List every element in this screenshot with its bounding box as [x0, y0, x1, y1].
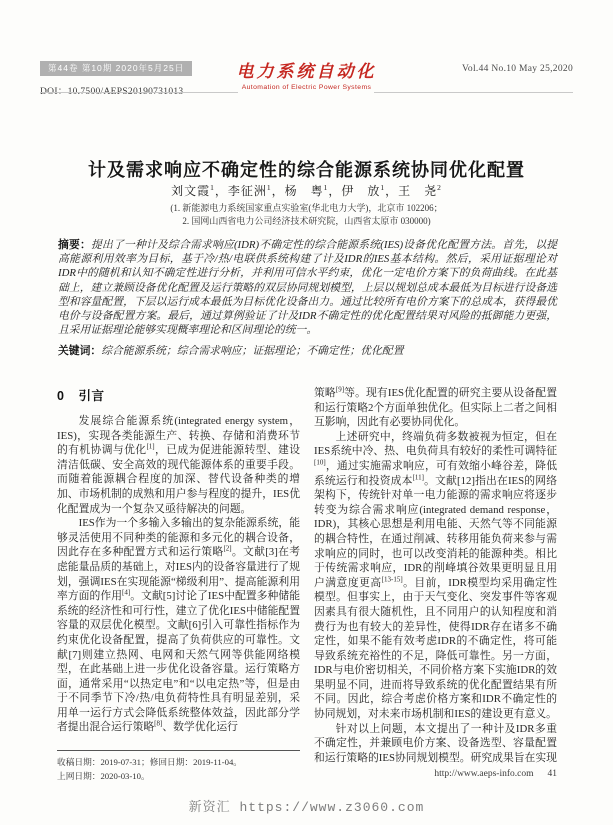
authors-line: 刘文霞1，李征洲1，杨 粤1，伊 放1，王 尧2: [0, 182, 613, 199]
section-number: 0: [57, 389, 64, 403]
left-column: 0引言 发展综合能源系统(integrated energy system，IE…: [57, 386, 300, 735]
right-column-paragraphs: 策略[9]等。现有IES优化配置的研究主要从设备配置和运行策略2个方面单独优化。…: [314, 386, 557, 765]
keywords-line: 关键词：综合能源系统；综合需求响应；证据理论；不确定性；优化配置: [58, 344, 557, 358]
page-footer: http://www.aeps-info.com41: [314, 769, 557, 779]
header-rule-left: [40, 92, 238, 93]
paper-title: 计及需求响应不确定性的综合能源系统协同优化配置: [0, 156, 613, 182]
affiliation-2: 2. 国网山西省电力公司经济技术研究院，山西省太原市 030000): [0, 214, 613, 227]
keywords-text: 综合能源系统；综合需求响应；证据理论；不确定性；优化配置: [101, 345, 403, 357]
footnote-dates: 收稿日期：2019-07-31；修回日期：2019-11-04。: [57, 756, 300, 770]
body-paragraph: 策略[9]等。现有IES优化配置的研究主要从设备配置和运行策略2个方面单独优化。…: [314, 386, 557, 430]
body-paragraph: IES作为一个多输入多输出的复杂能源系统，能够灵活使用不同种类的能源和多元化的耦…: [57, 516, 300, 735]
abstract-block: 摘要：提出了一种计及综合需求响应(IDR)不确定性的综合能源系统(IES)设备优…: [58, 238, 557, 359]
footnote: 收稿日期：2019-07-31；修回日期：2019-11-04。 上网日期：20…: [57, 750, 300, 783]
watermark-text: 新资汇 https://www.z3060.com: [0, 796, 613, 815]
body-paragraph: 上述研究中，终端负荷多数被视为恒定，但在IES系统中冷、热、电负荷具有较好的柔性…: [314, 430, 557, 722]
left-column-paragraphs: 发展综合能源系统(integrated energy system，IES)，实…: [57, 414, 300, 735]
footnote-rule: [57, 750, 300, 751]
section-heading: 0引言: [57, 386, 300, 404]
keywords-label: 关键词：: [58, 345, 101, 357]
right-column: 策略[9]等。现有IES优化配置的研究主要从设备配置和运行策略2个方面单独优化。…: [314, 386, 557, 765]
journal-logo: 电力系统自动化 Automation of Electric Power Sys…: [0, 57, 613, 91]
body-paragraph: 发展综合能源系统(integrated energy system，IES)，实…: [57, 414, 300, 516]
journal-name-en: Automation of Electric Power Systems: [0, 84, 613, 91]
journal-url: http://www.aeps-info.com: [434, 769, 533, 779]
abstract-text: 提出了一种计及综合需求响应(IDR)不确定性的综合能源系统(IES)设备优化配置…: [58, 239, 557, 336]
footnote-online-date: 上网日期：2020-03-10。: [57, 770, 300, 784]
section-title: 引言: [78, 389, 104, 403]
abstract-label: 摘要：: [58, 239, 91, 251]
volume-info: Vol.44 No.10 May 25,2020: [462, 64, 573, 74]
page-number: 41: [548, 769, 558, 779]
header-rule-right: [374, 92, 573, 93]
abstract-paragraph: 摘要：提出了一种计及综合需求响应(IDR)不确定性的综合能源系统(IES)设备优…: [58, 238, 557, 337]
paper-page: 第44卷 第10期 2020年5月25日 DOI：10.7500/AEPS201…: [0, 0, 613, 825]
affiliation-1: (1. 新能源电力系统国家重点实验室(华北电力大学)，北京市 102206；: [0, 201, 613, 214]
body-paragraph: 针对以上问题，本文提出了一种计及IDR多重不确定性，并兼顾电价方案、设备选型、容…: [314, 722, 557, 766]
